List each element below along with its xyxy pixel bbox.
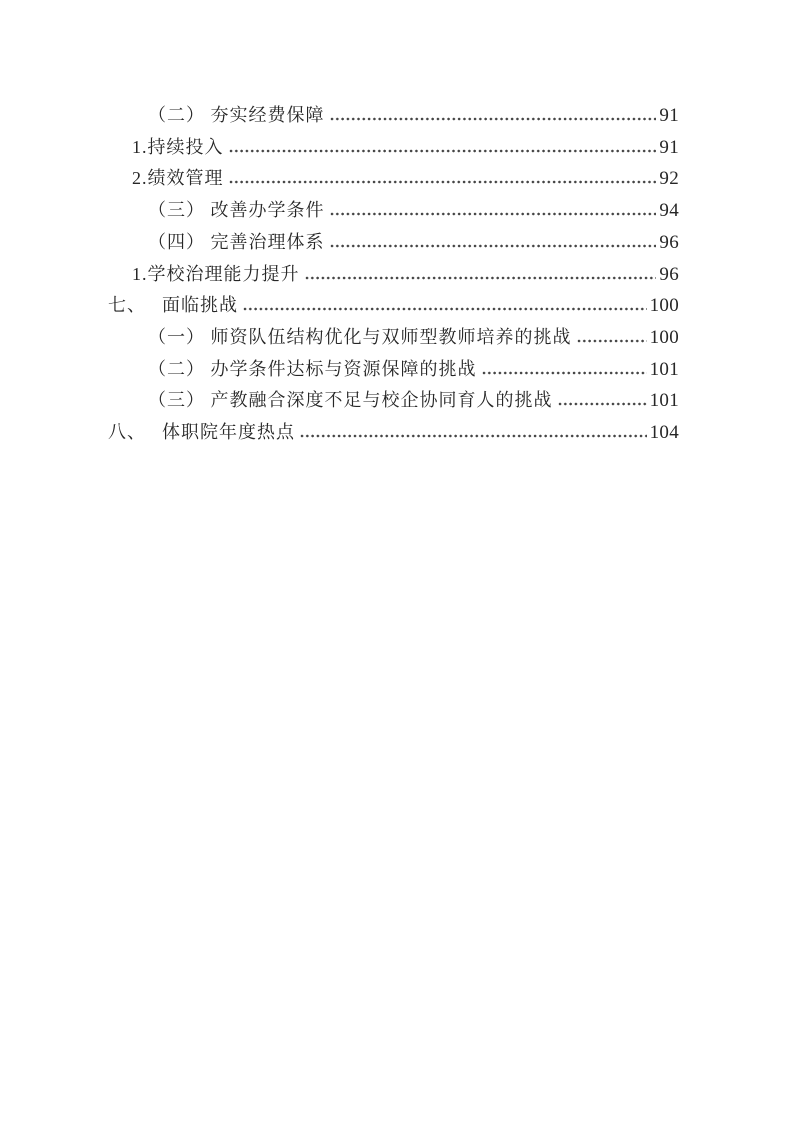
toc-dot-leader: [330, 244, 657, 248]
toc-dot-leader: [330, 117, 657, 121]
toc-dot-leader: [330, 212, 657, 216]
toc-entry-label: 2.绩效管理: [132, 163, 224, 195]
toc-entry[interactable]: 1.持续投入 91: [0, 132, 679, 164]
toc-dot-leader: [243, 307, 647, 311]
toc-entry-label: 1.学校治理能力提升: [132, 259, 300, 291]
toc-entry[interactable]: （四） 完善治理体系 96: [0, 227, 679, 259]
toc-dot-leader: [482, 371, 647, 375]
toc-entry-label: （一） 师资队伍结构优化与双师型教师培养的挑战: [148, 322, 572, 354]
toc-entry-label: （二） 办学条件达标与资源保障的挑战: [148, 354, 477, 386]
toc-page-number: 101: [650, 354, 679, 386]
toc-page-number: 91: [659, 132, 679, 164]
toc-entry[interactable]: （三） 改善办学条件 94: [0, 195, 679, 227]
toc-dot-leader: [229, 149, 657, 153]
toc-entry[interactable]: （二） 办学条件达标与资源保障的挑战 101: [0, 354, 679, 386]
toc-entry-number: 八、: [108, 417, 162, 449]
toc-entry-label: （三） 产教融合深度不足与校企协同育人的挑战: [148, 385, 553, 417]
toc-entry-label: （四） 完善治理体系: [148, 227, 325, 259]
toc-entry-label: 1.持续投入: [132, 132, 224, 164]
toc-entry-label: 体职院年度热点: [162, 417, 295, 449]
document-page: （二） 夯实经费保障 91 1.持续投入 91 2.绩效管理 92 （三） 改善…: [0, 0, 800, 1131]
toc-dot-leader: [229, 180, 657, 184]
toc-page-number: 92: [659, 163, 679, 195]
toc-entry[interactable]: 1.学校治理能力提升 96: [0, 259, 679, 291]
toc-page-number: 100: [650, 290, 679, 322]
toc-dot-leader: [558, 402, 647, 406]
toc-entry-number: 七、: [108, 290, 162, 322]
toc-entry[interactable]: （三） 产教融合深度不足与校企协同育人的挑战 101: [0, 385, 679, 417]
toc-entry[interactable]: 2.绩效管理 92: [0, 163, 679, 195]
toc-entry-label: （二） 夯实经费保障: [148, 100, 325, 132]
toc-entry-label: 面临挑战: [162, 290, 238, 322]
toc-dot-leader: [300, 434, 647, 438]
toc-entry-label: （三） 改善办学条件: [148, 195, 325, 227]
toc-dot-leader: [305, 276, 657, 280]
toc-dot-leader: [577, 339, 647, 343]
toc-page-number: 94: [659, 195, 679, 227]
toc-page-number: 100: [650, 322, 679, 354]
toc-entry[interactable]: （一） 师资队伍结构优化与双师型教师培养的挑战 100: [0, 322, 679, 354]
toc-entry[interactable]: （二） 夯实经费保障 91: [0, 100, 679, 132]
toc-page-number: 96: [659, 227, 679, 259]
toc-page-number: 96: [659, 259, 679, 291]
toc-page-number: 101: [650, 385, 679, 417]
toc-page-number: 91: [659, 100, 679, 132]
toc-entry[interactable]: 八、 体职院年度热点 104: [0, 417, 679, 449]
toc-page-number: 104: [650, 417, 679, 449]
toc-entry[interactable]: 七、 面临挑战 100: [0, 290, 679, 322]
